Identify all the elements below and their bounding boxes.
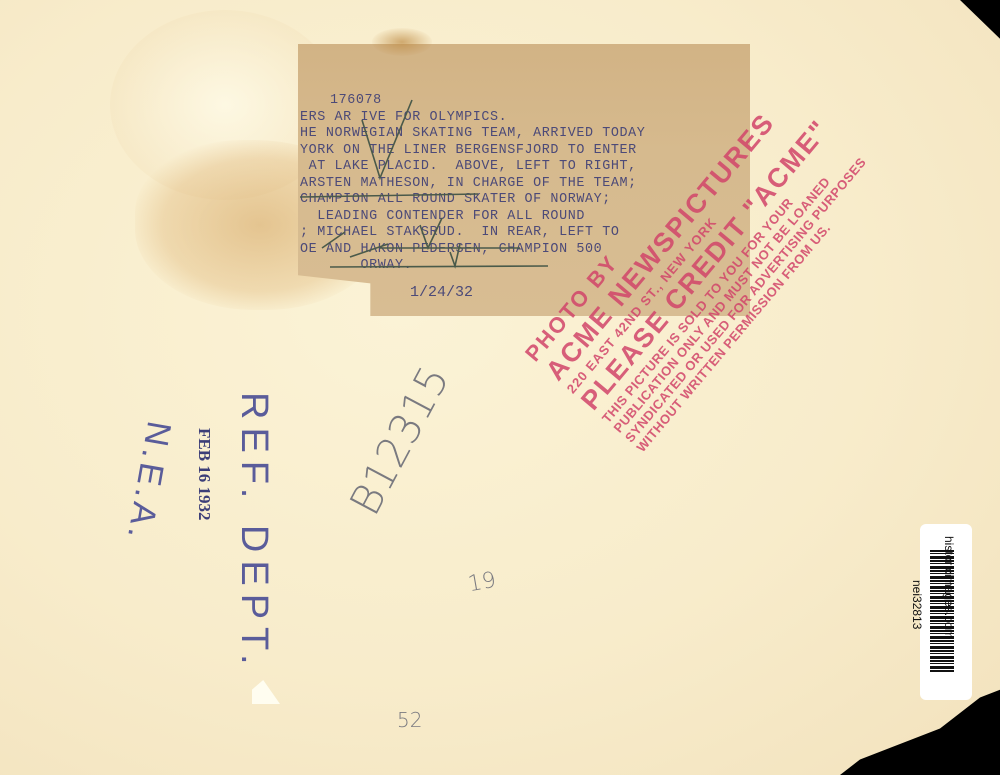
ref-dept-stamp: REF. DEPT. xyxy=(232,392,275,673)
handwritten-note: 19 xyxy=(466,568,498,597)
barcode-site: historicimages.com xyxy=(942,536,956,639)
barcode-id: nei32813 xyxy=(910,580,924,629)
handwritten-note: 52 xyxy=(397,708,422,732)
pencil-checkmarks xyxy=(0,0,1000,775)
received-date-stamp: FEB 16 1932 xyxy=(194,428,214,521)
